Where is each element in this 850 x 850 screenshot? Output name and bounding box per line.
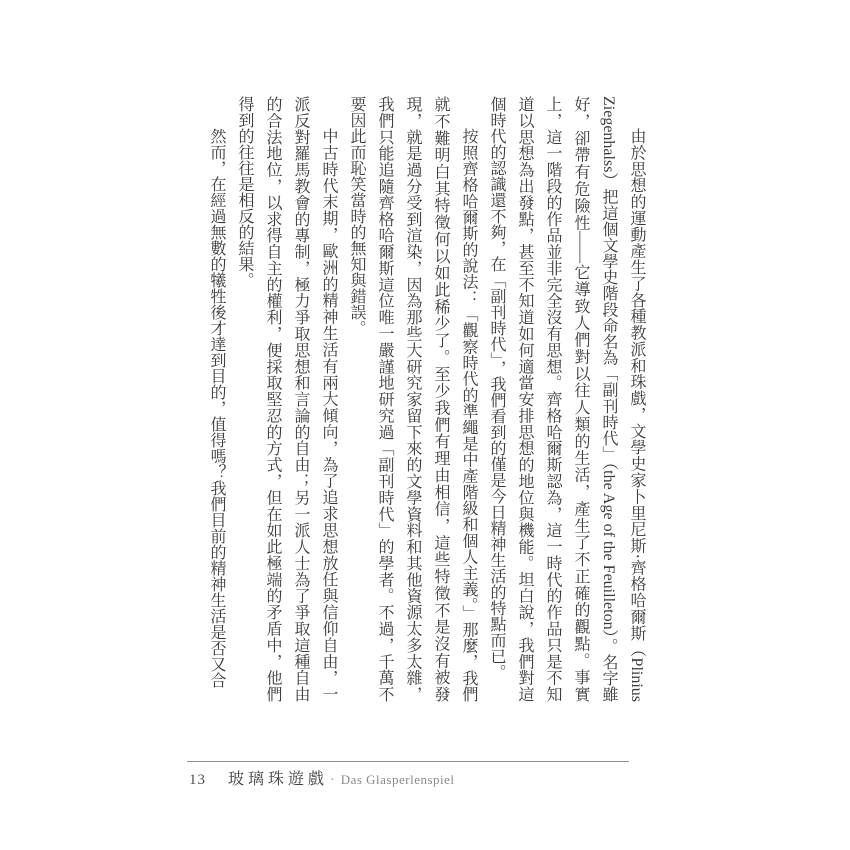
paragraph-3: 中古時代末期，歐洲的精神生活有兩大傾向，為了追求思想放任與信仰自由，一派反對羅馬… [230, 96, 342, 702]
paragraph-4: 然而，在經過無數的犧牲後才達到目的，值得嗎？我們目前的精神生活是否又合 [202, 96, 230, 702]
book-page: 由於思想的運動產生了各種教派和珠戲，文學史家卜里尼斯‧齊格哈爾斯（Plinius… [0, 0, 850, 850]
book-title-german: Das Glasperlenspiel [341, 772, 455, 788]
paragraph-2: 按照齊格哈爾斯的說法：「觀察時代的準繩是中產階級和個人主義。」那麼，我們就不難明… [342, 96, 482, 702]
page-body-vertical-text: 由於思想的運動產生了各種教派和珠戲，文學史家卜里尼斯‧齊格哈爾斯（Plinius… [170, 96, 650, 702]
footer-divider [187, 761, 629, 762]
page-footer: 13 玻璃珠遊戲 · Das Glasperlenspiel [189, 766, 455, 789]
paragraph-1: 由於思想的運動產生了各種教派和珠戲，文學史家卜里尼斯‧齊格哈爾斯（Plinius… [482, 96, 650, 702]
page-number: 13 [189, 772, 206, 789]
title-separator-dot: · [330, 773, 335, 789]
book-title-chinese: 玻璃珠遊戲 [228, 766, 328, 789]
